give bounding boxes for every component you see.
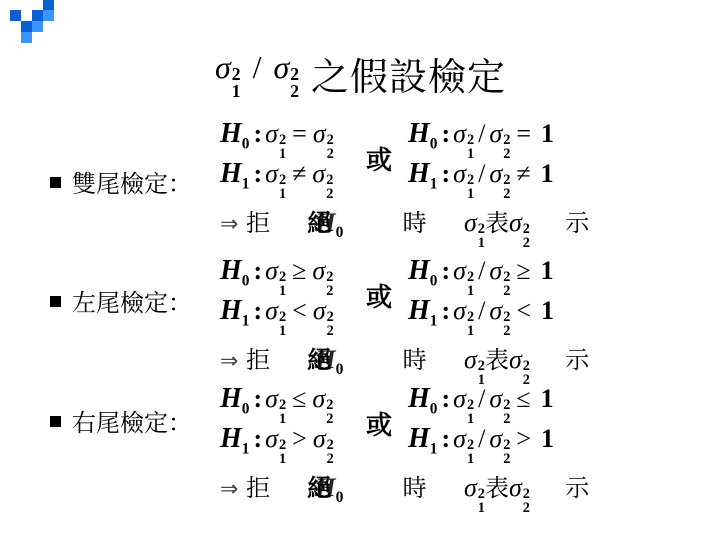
hypothesis-h1_right: H1 : σ21 / σ22 ≠ 1 [408, 158, 554, 199]
subscript: 1 [279, 325, 286, 339]
indicates-text-end: 示 [565, 346, 589, 374]
test-label: 右尾檢定： [72, 403, 192, 438]
sigma-term: σ22 [489, 159, 510, 199]
sigma-term: σ22 [489, 119, 510, 159]
value: 1 [541, 159, 554, 189]
indicates-text: 表 [485, 474, 509, 502]
sigma-symbol: σ [464, 345, 477, 375]
subscript: 1 [467, 325, 474, 339]
sigma-symbol: σ [215, 49, 231, 86]
sigma-symbol: σ [489, 119, 502, 149]
indicates-text-end: 示 [565, 474, 589, 502]
value: 1 [541, 119, 554, 149]
hypothesis-symbol: H1 [220, 295, 249, 327]
sigma-term: σ22 [489, 384, 510, 424]
reject-text: 拒 [246, 346, 270, 374]
hypothesis-h1_left: H1 : σ21 < σ22 [220, 295, 334, 336]
slash: / [478, 296, 485, 326]
h0-symbol: H0 [315, 473, 343, 502]
hypothesis-h0_right: H0 : σ21 / σ22 ≥ 1 [408, 255, 554, 296]
sigma-symbol: σ [489, 256, 502, 286]
sigma-symbol: σ [489, 159, 502, 189]
operator: ≠ [516, 159, 530, 189]
value: 1 [541, 384, 554, 414]
operator: < [292, 296, 307, 326]
operator: < [516, 296, 531, 326]
hypothesis-symbol: H0 [220, 118, 249, 150]
hypothesis-symbol: H0 [220, 255, 249, 287]
sigma-term: σ22 [313, 119, 334, 159]
subscript: 1 [279, 188, 286, 202]
sigma-term: σ21 [453, 119, 474, 159]
slash: / [478, 119, 485, 149]
reject-text: 拒 [246, 209, 270, 237]
indicates-text: 表 [485, 346, 509, 374]
h0-symbol: H0 [315, 208, 343, 237]
logo-square [43, 10, 54, 21]
sigma-symbol: σ [464, 208, 477, 238]
sigma-symbol: σ [489, 424, 502, 454]
hypothesis-symbol: H0 [220, 383, 249, 415]
colon: : [253, 424, 262, 454]
sigma-term: σ21 [453, 256, 474, 296]
sigma-symbol: σ [453, 424, 466, 454]
subscript: 2 [503, 188, 510, 202]
sigma-term: σ22 [313, 424, 334, 464]
hypothesis-h1_right: H1 : σ21 / σ22 > 1 [408, 423, 554, 464]
value: 1 [541, 256, 554, 286]
test-label: 左尾檢定： [72, 283, 192, 318]
sigma-symbol: σ [312, 384, 325, 414]
colon: : [441, 159, 450, 189]
operator: ≤ [516, 384, 530, 414]
subscript: 1 [467, 453, 474, 467]
indicates-text-end: 示 [565, 209, 589, 237]
logo-square [10, 10, 21, 21]
value: 1 [541, 424, 554, 454]
title-text: 之假設檢定 [311, 46, 506, 101]
sigma-term: σ21 [453, 159, 474, 199]
hypothesis-h1_right: H1 : σ21 / σ22 < 1 [408, 295, 554, 336]
subscript: 2 [523, 502, 530, 516]
operator: ≠ [292, 159, 306, 189]
subscript: 2 [290, 83, 299, 100]
operator: ≥ [292, 256, 306, 286]
when-text: 時 [403, 209, 427, 237]
operator: > [516, 424, 531, 454]
sigma-symbol: σ [265, 119, 278, 149]
hypothesis-symbol: H1 [408, 295, 437, 327]
sigma-symbol: σ [312, 159, 325, 189]
sigma-symbol: σ [489, 384, 502, 414]
title-math: σ21 / σ22 [215, 49, 299, 97]
hypothesis-h0_left: H0 : σ21 ≥ σ22 [220, 255, 333, 296]
sigma-term: σ21 [265, 296, 286, 336]
implies-arrow-icon: ⇒ [220, 212, 238, 237]
sigma-term: σ21 [464, 345, 485, 385]
subscript: 2 [523, 237, 530, 251]
sigma-symbol: σ [453, 256, 466, 286]
colon: : [441, 424, 450, 454]
hypothesis-h0_left: H0 : σ21 ≤ σ22 [220, 383, 333, 424]
subscript: 2 [327, 325, 334, 339]
sigma-symbol: σ [313, 424, 326, 454]
sigma-symbol: σ [265, 384, 278, 414]
conclusion: ⇒ 拒 絕H0 時 σ21表σ22 示 [220, 203, 589, 248]
hypothesis-h1_left: H1 : σ21 > σ22 [220, 423, 334, 464]
colon: : [441, 256, 450, 286]
hypothesis-symbol: H0 [408, 255, 437, 287]
colon: : [253, 296, 262, 326]
sigma-symbol: σ [265, 424, 278, 454]
sigma-symbol: σ [453, 384, 466, 414]
or-text: 或 [366, 140, 392, 177]
colon: : [253, 159, 262, 189]
hypothesis-symbol: H1 [220, 423, 249, 455]
slash: / [253, 49, 262, 85]
implies-arrow-icon: ⇒ [220, 349, 238, 374]
hypothesis-symbol: H0 [408, 118, 437, 150]
sigma-symbol: σ [464, 473, 477, 503]
sigma-term: σ21 [265, 256, 286, 296]
slash: / [478, 424, 485, 454]
sigma-term: σ22 [509, 345, 530, 385]
sigma-symbol: σ [453, 296, 466, 326]
operator: ≥ [516, 256, 530, 286]
subscript: 1 [478, 237, 485, 251]
slash: / [478, 384, 485, 414]
hypothesis-symbol: H1 [408, 423, 437, 455]
colon: : [441, 384, 450, 414]
value: 1 [541, 296, 554, 326]
sigma-term: σ22 [313, 296, 334, 336]
sigma-symbol: σ [313, 296, 326, 326]
colon: : [253, 384, 262, 414]
sigma-term: σ22 [489, 296, 510, 336]
subscript: 1 [467, 188, 474, 202]
sigma-term: σ22 [312, 384, 333, 424]
sigma-symbol: σ [273, 49, 289, 86]
indicates-text: 表 [485, 209, 509, 237]
hypothesis-symbol: H1 [220, 158, 249, 190]
sigma-term: σ21 [265, 384, 286, 424]
operator: = [516, 119, 531, 149]
or-text: 或 [366, 277, 392, 314]
hypothesis-h0_left: H0 : σ21 = σ22 [220, 118, 334, 159]
subscript: 1 [232, 83, 241, 100]
operator: ≤ [292, 384, 306, 414]
when-text: 時 [403, 346, 427, 374]
slash: / [478, 159, 485, 189]
colon: : [441, 119, 450, 149]
conclusion: ⇒ 拒 絕H0 時 σ21表σ22 示 [220, 468, 589, 513]
hypothesis-h1_left: H1 : σ21 ≠ σ22 [220, 158, 333, 199]
sigma-symbol: σ [265, 256, 278, 286]
checkmark-logo-icon [0, 0, 60, 50]
hypothesis-h0_right: H0 : σ21 / σ22 = 1 [408, 118, 554, 159]
subscript: 2 [326, 188, 333, 202]
sigma-term: σ21 [453, 296, 474, 336]
operator: = [292, 119, 307, 149]
sigma-symbol: σ [265, 159, 278, 189]
sigma-symbol: σ [453, 119, 466, 149]
conclusion: ⇒ 拒 絕H0 時 σ21表σ22 示 [220, 340, 589, 385]
sigma-term: σ21 [265, 424, 286, 464]
reject-text: 拒 [246, 474, 270, 502]
sigma-term: σ21 [453, 384, 474, 424]
hypothesis-symbol: H1 [408, 158, 437, 190]
slash: / [478, 256, 485, 286]
page-title: σ21 / σ22 之假設檢定 [215, 48, 506, 98]
sigma-symbol: σ [313, 119, 326, 149]
sigma-symbol: σ [489, 296, 502, 326]
subscript: 2 [327, 453, 334, 467]
sigma-term: σ21 [265, 119, 286, 159]
bullet-icon [50, 177, 61, 188]
sigma-term: σ22 [489, 256, 510, 296]
sigma-term: σ21 [464, 473, 485, 513]
operator: > [292, 424, 307, 454]
when-text: 時 [403, 474, 427, 502]
sigma-term: σ22 [489, 424, 510, 464]
subscript: 2 [503, 453, 510, 467]
logo-square [32, 21, 43, 32]
subscript: 1 [279, 453, 286, 467]
colon: : [253, 119, 262, 149]
sigma-symbol: σ [453, 159, 466, 189]
sigma-symbol: σ [265, 296, 278, 326]
colon: : [253, 256, 262, 286]
test-label: 雙尾檢定： [72, 164, 192, 199]
hypothesis-h0_right: H0 : σ21 / σ22 ≤ 1 [408, 383, 554, 424]
logo-square [32, 10, 43, 21]
bullet-icon [50, 416, 61, 427]
sigma-symbol: σ [312, 256, 325, 286]
sigma-symbol: σ [509, 473, 522, 503]
subscript: 2 [503, 325, 510, 339]
logo-square [21, 21, 32, 32]
sigma-symbol: σ [509, 345, 522, 375]
implies-arrow-icon: ⇒ [220, 477, 238, 502]
sigma-term: σ22 [312, 256, 333, 296]
logo-square [21, 32, 32, 43]
or-text: 或 [366, 405, 392, 442]
hypothesis-symbol: H0 [408, 383, 437, 415]
sigma-term: σ22 [509, 473, 530, 513]
colon: : [441, 296, 450, 326]
subscript: 1 [478, 502, 485, 516]
bullet-icon [50, 296, 61, 307]
sigma-term: σ22 [312, 159, 333, 199]
sigma-symbol: σ [509, 208, 522, 238]
h0-symbol: H0 [315, 345, 343, 374]
sigma-term: σ21 [265, 159, 286, 199]
sigma-term: σ21 [464, 208, 485, 248]
sigma-term: σ21 [453, 424, 474, 464]
sigma-term: σ22 [509, 208, 530, 248]
